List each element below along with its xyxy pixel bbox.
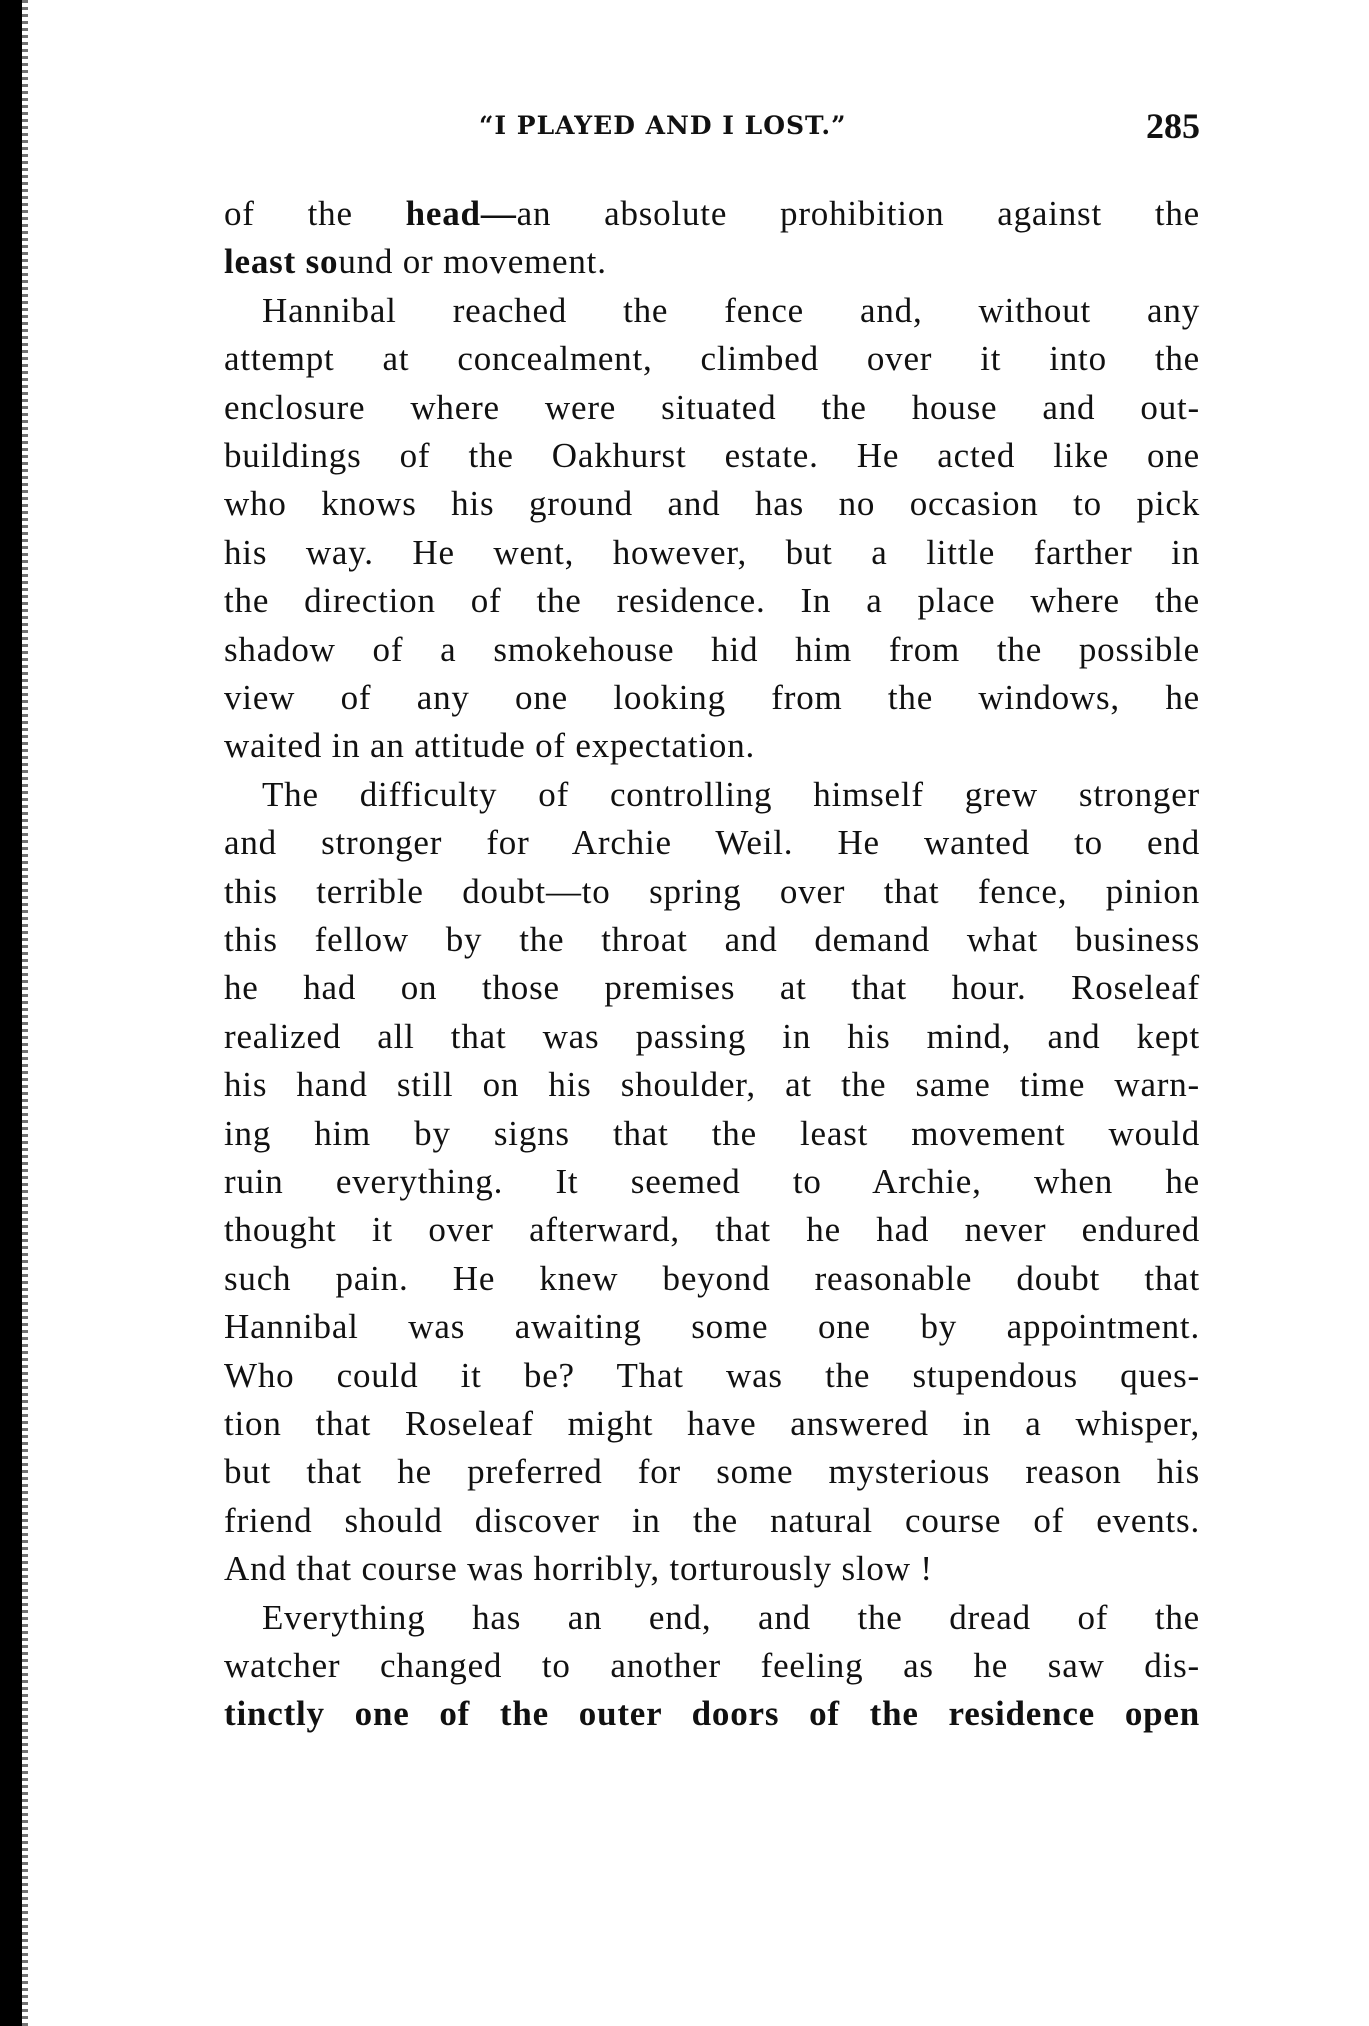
text-line: waited in an attitude of expectation.: [224, 722, 1200, 770]
running-head: “I PLAYED AND I LOST.” 285: [224, 106, 1200, 146]
text-line: Who could it be? That was the stupendous…: [224, 1352, 1200, 1400]
text-line: Hannibal was awaiting some one by appoin…: [224, 1303, 1200, 1351]
text-line: And that course was horribly, torturousl…: [224, 1545, 1200, 1593]
emphasized-ink: least so: [224, 242, 338, 281]
emphasized-ink: head—: [406, 194, 517, 233]
text-line: enclosure where were situated the house …: [224, 384, 1200, 432]
text-line: thought it over afterward, that he had n…: [224, 1206, 1200, 1254]
text-line: his hand still on his shoulder, at the s…: [224, 1061, 1200, 1109]
text-line: his way. He went, however, but a little …: [224, 529, 1200, 577]
text-line: shadow of a smokehouse hid him from the …: [224, 626, 1200, 674]
text-line: tion that Roseleaf might have answered i…: [224, 1400, 1200, 1448]
text-line: this terrible doubt—to spring over that …: [224, 868, 1200, 916]
text-line: such pain. He knew beyond reasonable dou…: [224, 1255, 1200, 1303]
text-line: Hannibal reached the fence and, without …: [262, 287, 1200, 335]
text-line: of the head—an absolute prohibition agai…: [224, 190, 1200, 238]
text-line: least sound or movement.: [224, 238, 1200, 286]
running-head-title: “I PLAYED AND I LOST.”: [479, 106, 847, 146]
text-line: ing him by signs that the least movement…: [224, 1110, 1200, 1158]
scanned-binding-fray: [18, 0, 28, 2026]
text-line: friend should discover in the natural co…: [224, 1497, 1200, 1545]
text-line: realized all that was passing in his min…: [224, 1013, 1200, 1061]
text-line: and stronger for Archie Weil. He wanted …: [224, 819, 1200, 867]
text-line: he had on those premises at that hour. R…: [224, 964, 1200, 1012]
page-number: 285: [1146, 106, 1200, 146]
text-line: Everything has an end, and the dread of …: [262, 1594, 1200, 1642]
text-line: the direction of the residence. In a pla…: [224, 577, 1200, 625]
text-line: tinctly one of the outer doors of the re…: [224, 1690, 1200, 1738]
text-line: but that he preferred for some mysteriou…: [224, 1448, 1200, 1496]
text-line: The difficulty of controlling himself gr…: [262, 771, 1200, 819]
text-line: who knows his ground and has no occasion…: [224, 480, 1200, 528]
text-line: this fellow by the throat and demand wha…: [224, 916, 1200, 964]
text-line: watcher changed to another feeling as he…: [224, 1642, 1200, 1690]
text-line: view of any one looking from the windows…: [224, 674, 1200, 722]
text-line: ruin everything. It seemed to Archie, wh…: [224, 1158, 1200, 1206]
text-line: attempt at concealment, climbed over it …: [224, 335, 1200, 383]
text-line: buildings of the Oakhurst estate. He act…: [224, 432, 1200, 480]
